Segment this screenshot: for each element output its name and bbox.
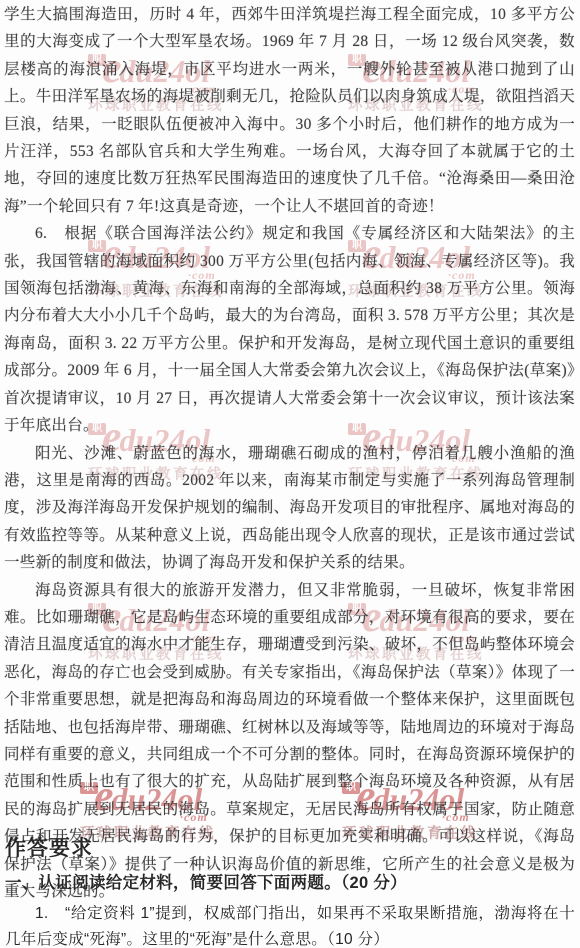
material-text-block: 学生大搞围海造田，历时 4 年，西郊牛田洋筑堤拦海工程全面完成，10 多平方公里…: [4, 1, 575, 905]
paragraph-material-continued: 学生大搞围海造田，历时 4 年，西郊牛田洋筑堤拦海工程全面完成，10 多平方公里…: [4, 1, 575, 220]
document-page: 职edu24ol ·com 环球职业教育在线 职edu24ol ·com 环球职…: [0, 0, 580, 948]
paragraph-material-xidao: 阳光、沙滩、蔚蓝色的海水，珊瑚礁石砌成的渔村，停泊着几艘小渔船的渔港，这里是南海…: [4, 440, 575, 577]
question-1: 1. “给定资料 1”提到，权威部门指出，如果再不采取果断措施，渤海将在十几年后…: [5, 901, 575, 948]
paragraph-material-6: 6. 根据《联合国海洋法公约》规定和我国《专属经济区和大陆架法》的主张，我国管辖…: [4, 220, 575, 439]
question-group-title: 一、认证阅读给定材料，简要回答下面两题。（20 分）: [5, 871, 575, 895]
answer-requirements-heading: 作答要求: [5, 834, 575, 864]
answer-requirements-section: 作答要求 一、认证阅读给定材料，简要回答下面两题。（20 分） 1. “给定资料…: [5, 834, 575, 948]
